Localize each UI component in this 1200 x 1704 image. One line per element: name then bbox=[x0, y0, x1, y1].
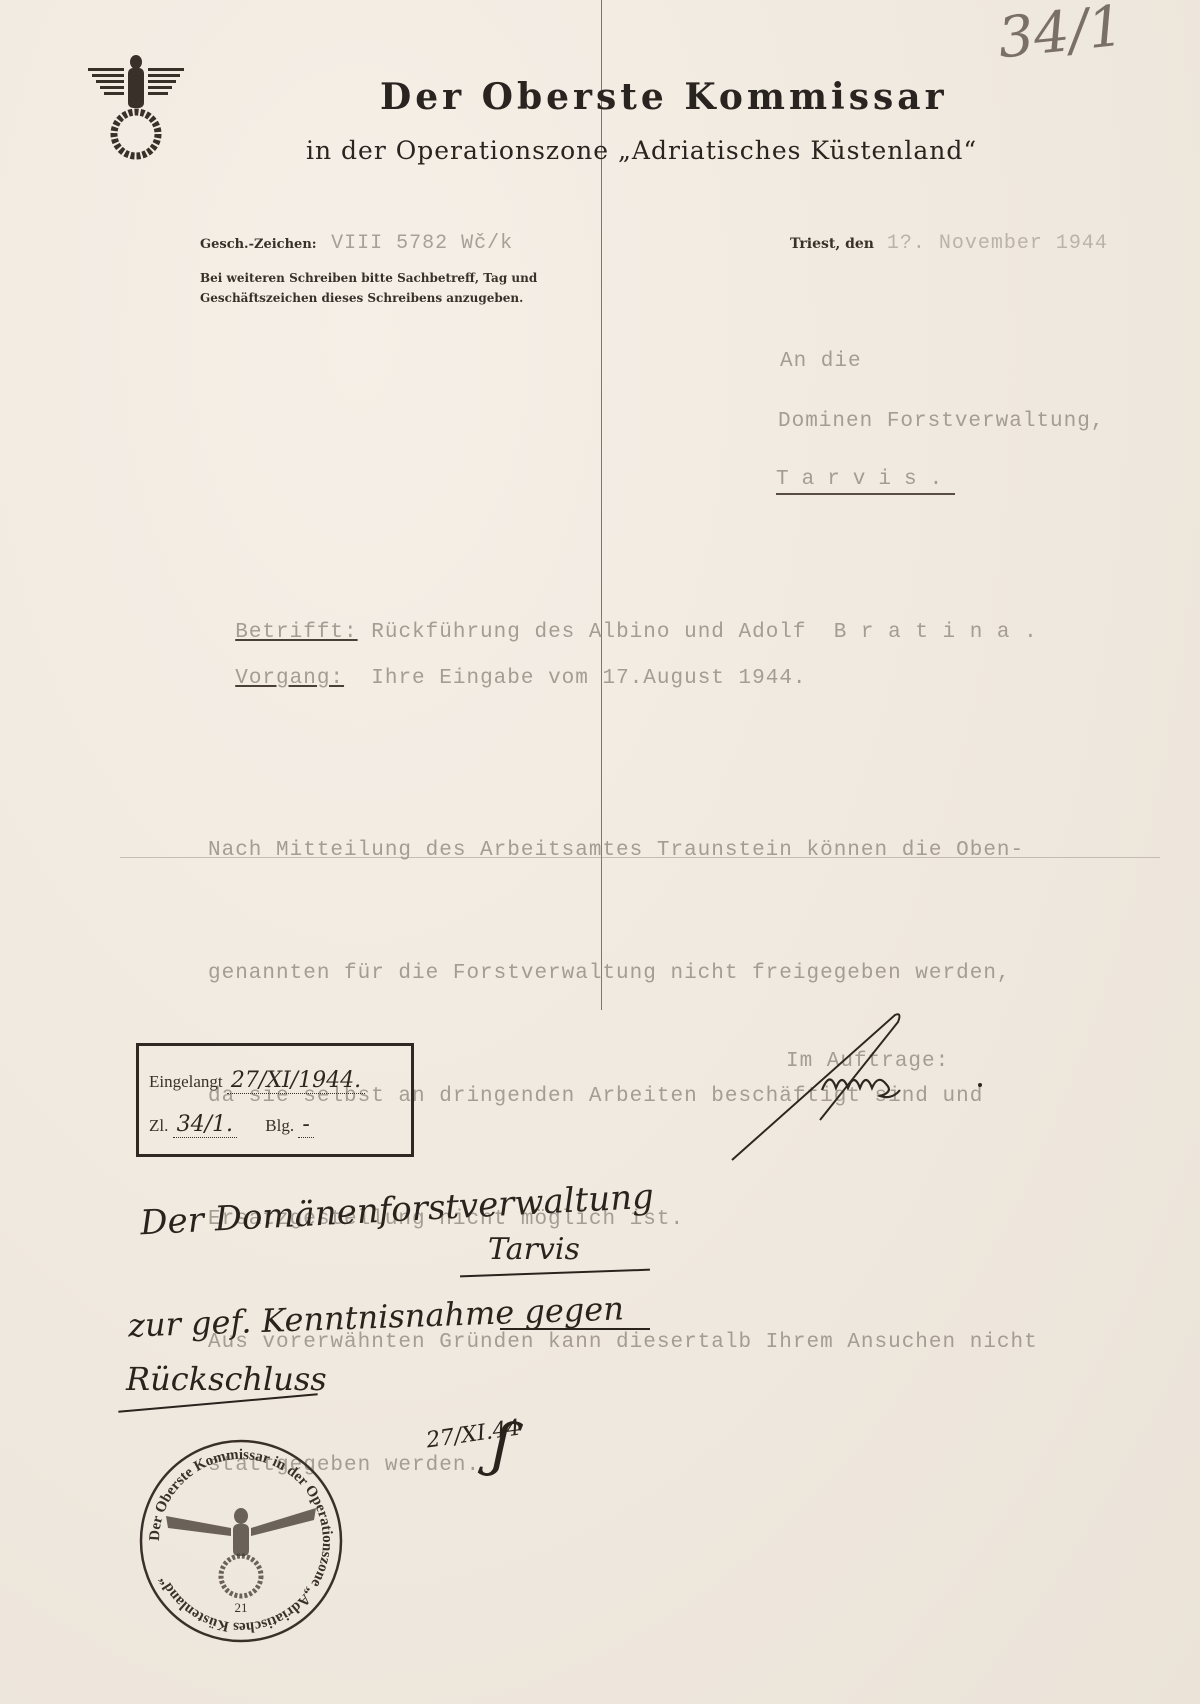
seal-number: 21 bbox=[235, 1600, 248, 1615]
recipient-line-2: Dominen Forstverwaltung, bbox=[778, 410, 1104, 433]
receipt-stamp: Eingelangt 27/XI/1944. Zl. 34/1. Blg. - bbox=[136, 1043, 414, 1157]
subject-text: Rückführung des Albino und Adolf B r a t… bbox=[358, 621, 1038, 644]
letter-date: 1?. November 1944 bbox=[887, 232, 1108, 255]
reference-matter-line: Vorgang: Ihre Eingabe vom 17.August 1944… bbox=[208, 644, 807, 690]
reference-matter-text: Ihre Eingabe vom 17.August 1944. bbox=[344, 667, 806, 690]
subject-label: Betrifft: bbox=[235, 621, 357, 644]
subject-line: Betrifft: Rückführung des Albino und Ado… bbox=[208, 598, 1038, 644]
handwritten-underline bbox=[500, 1328, 650, 1330]
recipient-line-3: Tarvis. bbox=[776, 468, 955, 495]
reference-matter-label: Vorgang: bbox=[235, 667, 344, 690]
received-label: Eingelangt bbox=[149, 1072, 223, 1091]
eagle-emblem-icon bbox=[86, 46, 186, 166]
received-date: 27/XI/1944. bbox=[227, 1068, 365, 1094]
attachments-label: Blg. bbox=[265, 1116, 294, 1135]
official-seal: Der Oberste Kommissar in der Operationsz… bbox=[136, 1436, 346, 1646]
place-label: Triest, den bbox=[790, 236, 874, 252]
body-line: Nach Mitteilung des Arbeitsamtes Traunst… bbox=[208, 830, 1038, 871]
handwritten-note-line-3: Rückschluss bbox=[126, 1360, 327, 1398]
letterhead-title: Der Oberste Kommissar bbox=[380, 76, 948, 118]
body-line: genannten für die Forstverwaltung nicht … bbox=[208, 953, 1038, 994]
attachments-value: - bbox=[298, 1112, 313, 1138]
recipient-line-1: An die bbox=[780, 350, 862, 373]
signature bbox=[730, 1010, 1020, 1170]
handwritten-page-number: 34/1 bbox=[995, 0, 1127, 71]
reference-label: Gesch.-Zeichen: bbox=[200, 237, 317, 252]
letterhead-subtitle: in der Operationszone „Adriatisches Küst… bbox=[306, 136, 977, 165]
reference-line: Gesch.-Zeichen: VIII 5782 Wč/k bbox=[200, 232, 513, 255]
reference-note: Bei weiteren Schreiben bitte Sachbetreff… bbox=[200, 268, 610, 308]
number-label: Zl. bbox=[149, 1116, 168, 1135]
handwritten-note-line-1b: Tarvis bbox=[488, 1232, 580, 1267]
number-value: 34/1. bbox=[173, 1112, 237, 1138]
place-date: Triest, den 1?. November 1944 bbox=[790, 232, 1108, 255]
reference-value: VIII 5782 Wč/k bbox=[331, 232, 513, 255]
